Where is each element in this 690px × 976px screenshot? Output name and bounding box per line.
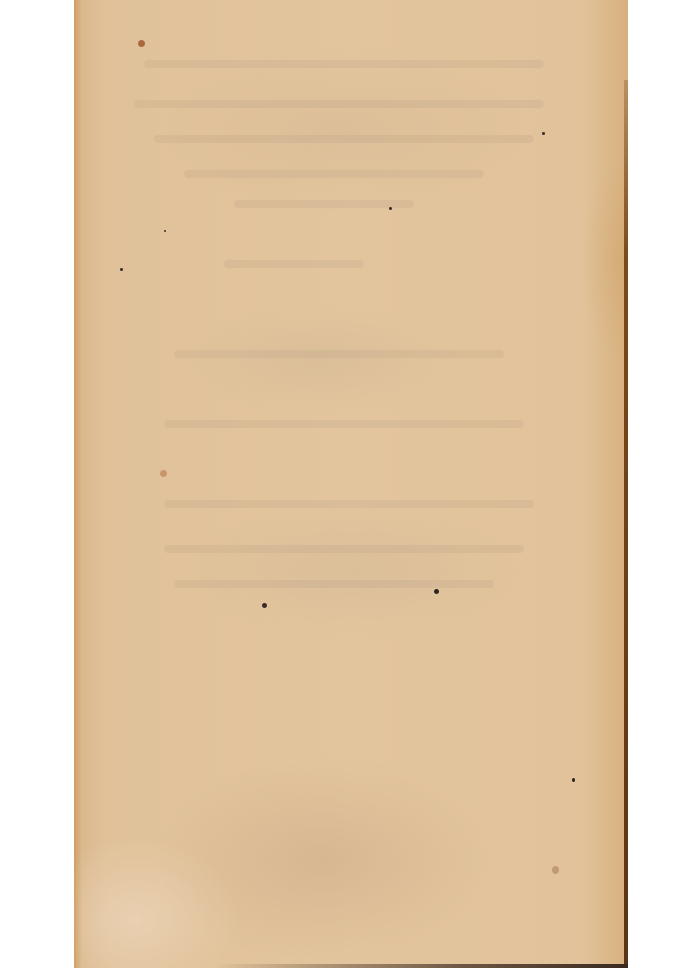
bleed-through-line — [134, 100, 544, 108]
foxing-spot — [552, 866, 559, 874]
ink-speck — [389, 207, 392, 210]
bleed-through-line — [174, 350, 504, 358]
bleed-through-line — [144, 60, 544, 68]
bleed-through-line — [154, 135, 534, 143]
ink-speck — [572, 778, 575, 782]
ink-speck — [164, 230, 166, 232]
bleed-through-line — [164, 500, 534, 508]
foxing-spot — [138, 40, 145, 47]
bleed-through-line — [234, 200, 414, 208]
ink-speck — [542, 132, 545, 135]
ink-speck — [120, 268, 123, 271]
foxing-spot — [160, 470, 167, 477]
page-spine-edge — [624, 80, 628, 968]
bleed-through-line — [174, 580, 494, 588]
scanned-book-page — [74, 0, 628, 968]
bleed-through-line — [224, 260, 364, 268]
page-bottom-edge — [214, 964, 628, 968]
ink-speck — [262, 603, 267, 608]
bleed-through-line — [184, 170, 484, 178]
page-left-shade — [74, 0, 82, 968]
document-viewer — [0, 0, 690, 976]
ink-speck — [434, 589, 439, 594]
bleed-through-line — [164, 420, 524, 428]
bleed-through-line — [164, 545, 524, 553]
